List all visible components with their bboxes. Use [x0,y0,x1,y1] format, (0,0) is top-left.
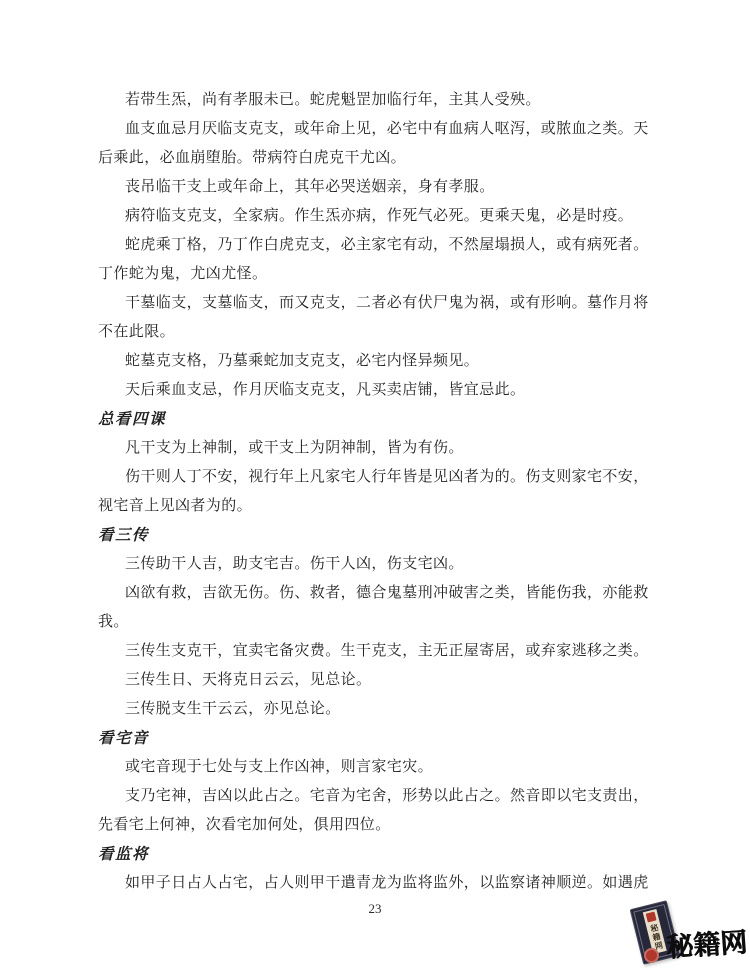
body-text-line: 天后乘血支忌，作月厌临支克支，凡买卖店铺，皆宜忌此。 [98,376,638,405]
document-page: 若带生炁，尚有孝服未已。蛇虎魁罡加临行年，主其人受殃。 血支血忌月厌临支克支，或… [0,0,750,970]
body-text-line: 凡干支为上神制，或干支上为阴神制，皆为有伤。 [98,434,638,463]
section-heading: 看三传 [98,521,638,550]
section-heading: 总看四课 [98,405,638,434]
body-text-line: 或宅音现于七处与支上作凶神，则言家宅灾。 [98,753,638,782]
seal-icon [644,948,659,963]
body-text-line: 凶欲有救，吉欲无伤。伤、救者，德合鬼墓刑冲破害之类，皆能伤我，亦能救 [98,579,638,608]
body-text-line: 三传脱支生干云云，亦见总论。 [98,695,638,724]
section-heading: 看宅音 [98,724,638,753]
body-text-line: 蛇墓克支格，乃墓乘蛇加支克支，必宅内怪异频见。 [98,347,638,376]
body-text-line: 支乃宅神，吉凶以此占之。宅音为宅舍，形势以此占之。然音即以宅支责出， [98,782,638,811]
body-text-line: 丧吊临干支上或年命上，其年必哭送姻亲，身有孝服。 [98,173,638,202]
text-block: 若带生炁，尚有孝服未已。蛇虎魁罡加临行年，主其人受殃。 血支血忌月厌临支克支，或… [98,86,638,898]
body-text-line: 如甲子日占人占宅，占人则甲干遣青龙为监将监外，以监察诸神顺逆。如遇虎 [98,869,638,898]
body-text-line: 血支血忌月厌临支克支，或年命上见，必宅中有血病人呕泻，或脓血之类。天 [98,115,638,144]
body-text-line: 我。 [98,608,638,637]
body-text-line: 后乘此，必血崩堕胎。带病符白虎克干尤凶。 [98,144,638,173]
section-heading: 看监将 [98,840,638,869]
body-text-line: 视宅音上见凶者为的。 [98,492,638,521]
body-text-line: 伤干则人丁不安，视行年上凡家宅人行年皆是见凶者为的。伤支则家宅不安， [98,463,638,492]
body-text-line: 丁作蛇为鬼，尤凶尤怪。 [98,260,638,289]
body-text-line: 病符临支克支，全家病。作生炁亦病，作死气必死。更乘天鬼，必是时疫。 [98,202,638,231]
body-text-line: 三传生日、天将克日云云，见总论。 [98,666,638,695]
body-text-line: 不在此限。 [98,318,638,347]
body-text-line: 三传生支克干，宜卖宅备灾费。生干克支，主无正屋寄居，或弃家逃移之类。 [98,637,638,666]
body-text-line: 先看宅上何神，次看宅加何处，俱用四位。 [98,811,638,840]
body-text-line: 三传助干人吉，助支宅吉。伤干人凶，伤支宅凶。 [98,550,638,579]
site-watermark: 秘籍网 秘籍网 [630,895,750,970]
body-text-line: 蛇虎乘丁格，乃丁作白虎克支，必主家宅有动，不然屋塌损人，或有病死者。 [98,231,638,260]
body-text-line: 干墓临支，支墓临支，而又克支，二者必有伏尸鬼为祸，或有形响。墓作月将 [98,289,638,318]
body-text-line: 若带生炁，尚有孝服未已。蛇虎魁罡加临行年，主其人受殃。 [98,86,638,115]
watermark-site-name: 秘籍网 [665,920,749,965]
